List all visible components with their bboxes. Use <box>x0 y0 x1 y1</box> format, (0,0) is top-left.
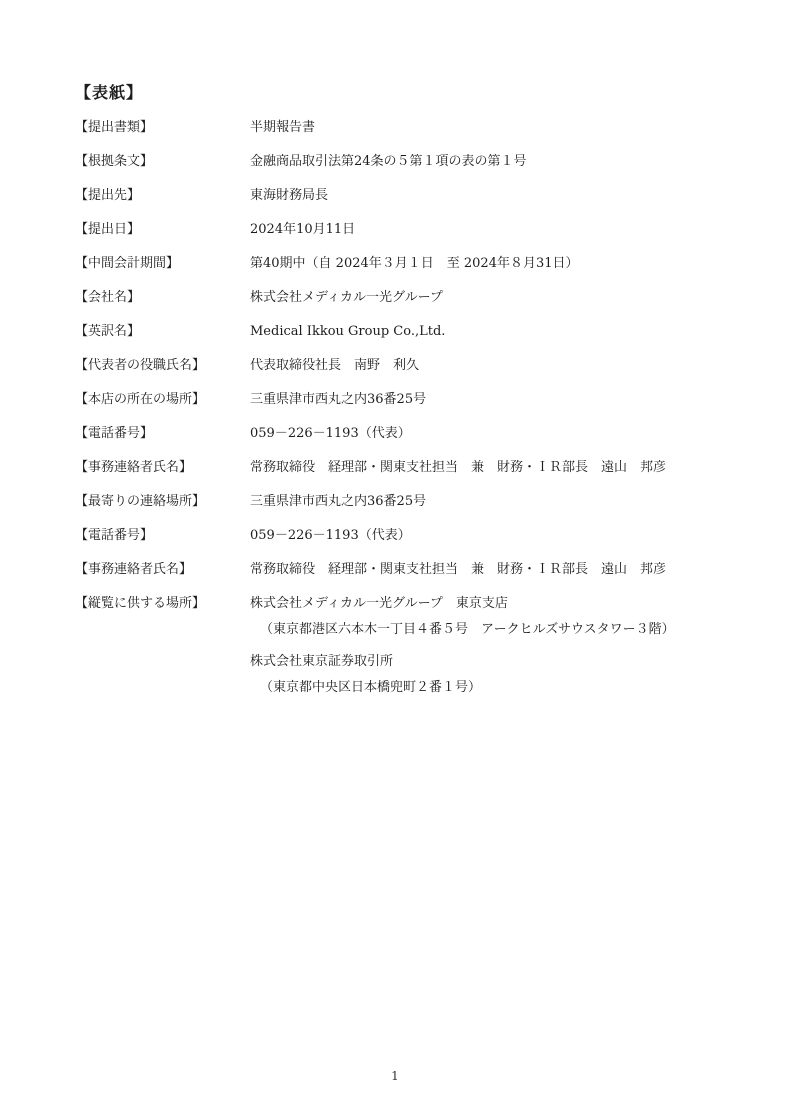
cover-row: 【電話番号】 059－226－1193（代表） <box>75 528 765 544</box>
cover-row: 【英訳名】 Medical Ikkou Group Co.,Ltd. <box>75 324 765 340</box>
field-label: 【会社名】 <box>75 290 250 306</box>
cover-row: 【提出書類】 半期報告書 <box>75 120 765 136</box>
field-value: 2024年10月11日 <box>250 222 355 238</box>
field-label: 【電話番号】 <box>75 426 250 442</box>
page-title: 【表紙】 <box>75 83 143 103</box>
field-label: 【事務連絡者氏名】 <box>75 562 250 578</box>
cover-row: 【電話番号】 059－226－1193（代表） <box>75 426 765 442</box>
field-value: 059－226－1193（代表） <box>250 528 411 544</box>
cover-row: 【本店の所在の場所】 三重県津市西丸之内36番25号 <box>75 392 765 408</box>
cover-row: 【会社名】 株式会社メディカル一光グループ <box>75 290 765 306</box>
inspection-place: 株式会社メディカル一光グループ 東京支店（東京都港区六本木一丁目４番５号 アーク… <box>250 596 675 638</box>
field-value: 代表取締役社長 南野 利久 <box>250 358 419 374</box>
field-value: 059－226－1193（代表） <box>250 426 411 442</box>
cover-row: 【代表者の役職氏名】 代表取締役社長 南野 利久 <box>75 358 765 374</box>
inspection-place-name: 株式会社メディカル一光グループ 東京支店 <box>250 596 675 612</box>
page-number: 1 <box>0 1069 790 1083</box>
field-value: 常務取締役 経理部・関東支社担当 兼 財務・ＩＲ部長 遠山 邦彦 <box>250 460 666 476</box>
inspection-place-address: （東京都中央区日本橋兜町２番１号） <box>250 680 675 696</box>
inspection-row: 【縦覧に供する場所】 株式会社メディカル一光グループ 東京支店（東京都港区六本木… <box>75 596 765 696</box>
field-value: 株式会社メディカル一光グループ <box>250 290 443 306</box>
field-label: 【根拠条文】 <box>75 154 250 170</box>
field-value: Medical Ikkou Group Co.,Ltd. <box>250 324 445 340</box>
document-page: 【表紙】 【提出書類】 半期報告書 【根拠条文】 金融商品取引法第24条の５第１… <box>0 0 790 1118</box>
field-label: 【代表者の役職氏名】 <box>75 358 250 374</box>
cover-row: 【提出日】 2024年10月11日 <box>75 222 765 238</box>
field-value: 金融商品取引法第24条の５第１項の表の第１号 <box>250 154 527 170</box>
field-label: 【電話番号】 <box>75 528 250 544</box>
cover-row: 【提出先】 東海財務局長 <box>75 188 765 204</box>
field-label: 【中間会計期間】 <box>75 256 250 272</box>
cover-rows: 【提出書類】 半期報告書 【根拠条文】 金融商品取引法第24条の５第１項の表の第… <box>75 120 765 714</box>
field-value: 第40期中（自 2024年３月１日 至 2024年８月31日） <box>250 256 579 272</box>
inspection-place: 株式会社東京証券取引所（東京都中央区日本橋兜町２番１号） <box>250 654 675 696</box>
field-value: 半期報告書 <box>250 120 315 136</box>
field-value: 三重県津市西丸之内36番25号 <box>250 494 426 510</box>
field-value: 三重県津市西丸之内36番25号 <box>250 392 426 408</box>
field-label: 【縦覧に供する場所】 <box>75 596 250 612</box>
field-value: 東海財務局長 <box>250 188 328 204</box>
field-label: 【事務連絡者氏名】 <box>75 460 250 476</box>
field-label: 【提出書類】 <box>75 120 250 136</box>
inspection-place-address: （東京都港区六本木一丁目４番５号 アークヒルズサウスタワー３階） <box>250 622 675 638</box>
inspection-places: 株式会社メディカル一光グループ 東京支店（東京都港区六本木一丁目４番５号 アーク… <box>250 596 675 696</box>
cover-row: 【中間会計期間】 第40期中（自 2024年３月１日 至 2024年８月31日） <box>75 256 765 272</box>
field-label: 【提出日】 <box>75 222 250 238</box>
cover-row: 【事務連絡者氏名】 常務取締役 経理部・関東支社担当 兼 財務・ＩＲ部長 遠山 … <box>75 562 765 578</box>
field-label: 【最寄りの連絡場所】 <box>75 494 250 510</box>
cover-row: 【根拠条文】 金融商品取引法第24条の５第１項の表の第１号 <box>75 154 765 170</box>
field-label: 【英訳名】 <box>75 324 250 340</box>
field-value: 常務取締役 経理部・関東支社担当 兼 財務・ＩＲ部長 遠山 邦彦 <box>250 562 666 578</box>
cover-row: 【最寄りの連絡場所】 三重県津市西丸之内36番25号 <box>75 494 765 510</box>
field-label: 【提出先】 <box>75 188 250 204</box>
cover-row: 【事務連絡者氏名】 常務取締役 経理部・関東支社担当 兼 財務・ＩＲ部長 遠山 … <box>75 460 765 476</box>
field-label: 【本店の所在の場所】 <box>75 392 250 408</box>
inspection-place-name: 株式会社東京証券取引所 <box>250 654 675 670</box>
